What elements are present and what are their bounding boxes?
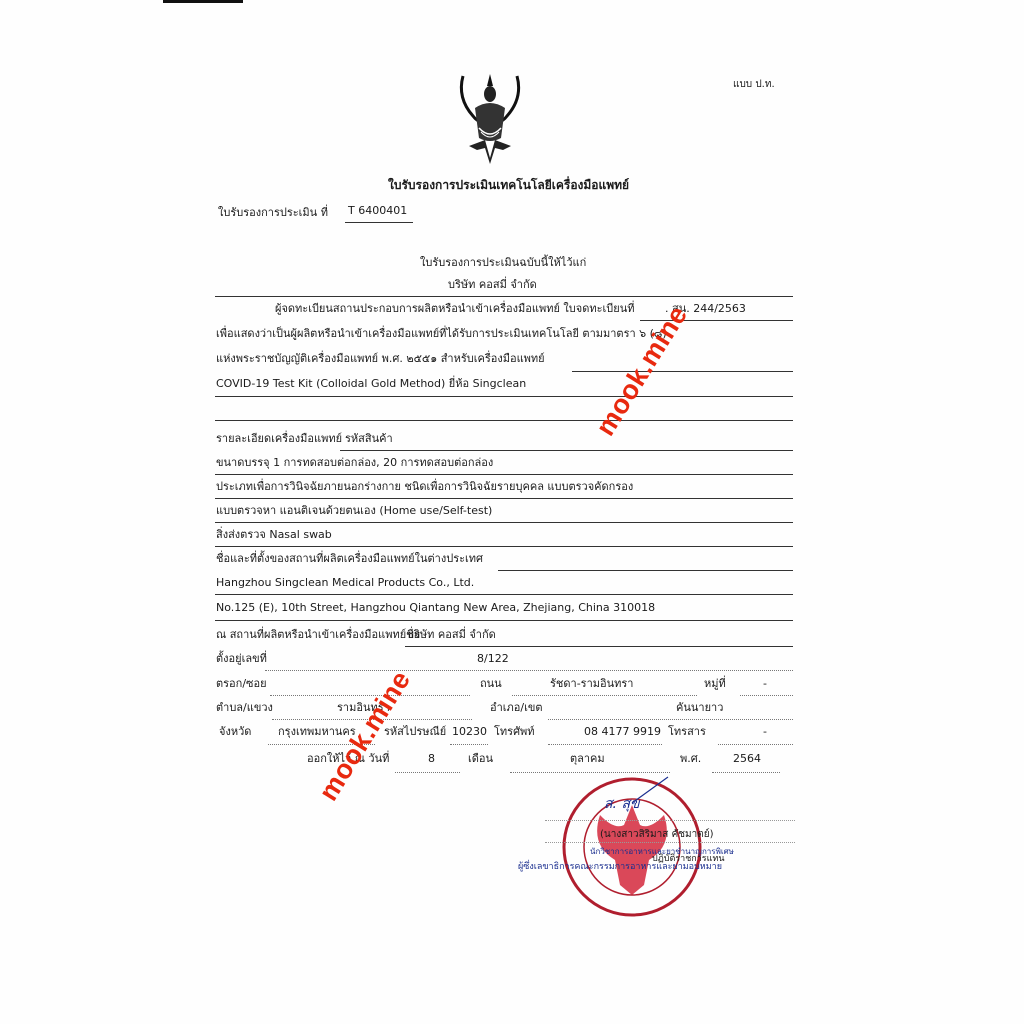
fax-label: โทรสาร [668,725,706,739]
company-name: บริษัท คอสมี่ จำกัด [448,278,537,292]
body-line-2: เพื่อแสดงว่าเป็นผู้ผลิตหรือนำเข้าเครื่อง… [216,327,667,341]
phone-value: 08 4177 9919 [584,725,661,739]
certificate-page: แบบ ป.ท. ใบรับรองการประเมินเทคโนโลยีเครื… [0,0,1024,1024]
form-code: แบบ ป.ท. [733,78,775,92]
district-label: อำเภอ/เขต [490,701,543,715]
address-no-label: ตั้งอยู่เลขที่ [216,652,267,666]
phone-label: โทรศัพท์ [494,725,535,739]
detail-row: แบบตรวจหา แอนติเจนด้วยตนเอง (Home use/Se… [216,504,492,518]
road-label: ถนน [480,677,502,691]
province-value: กรุงเทพมหานคร [278,725,356,739]
authority-note: ผู้ซึ่งเลขาธิการคณะกรรมการอาหารและยามอบห… [518,860,722,874]
signature-stroke-icon [630,775,670,805]
manufacturer-address: No.125 (E), 10th Street, Hangzhou Qianta… [216,601,655,615]
importer-name: บริษัท คอสมี่ จำกัด [407,628,496,642]
subdistrict-label: ตำบล/แขวง [216,701,273,715]
signatory-name: (นางสาวสิริมาส คัชมาตย์) [600,828,713,842]
detail-row: ประเภทเพื่อการวินิจฉัยภายนอกร่างกาย ชนิด… [216,480,633,494]
address-no: 8/122 [477,652,509,666]
importer-label: ณ สถานที่ผลิตหรือนำเข้าเครื่องมือแพทย์ชื… [216,628,420,642]
issue-month: ตุลาคม [570,752,605,766]
product-name: COVID-19 Test Kit (Colloidal Gold Method… [216,377,526,391]
issue-month-label: เดือน [468,752,493,766]
detail-row: สิ่งส่งตรวจ Nasal swab [216,528,332,542]
issue-year-label: พ.ศ. [680,752,701,766]
moo-value: - [763,677,767,691]
soi-label: ตรอก/ซอย [216,677,267,691]
scan-edge [163,0,243,3]
body-line-3: แห่งพระราชบัญญัติเครื่องมือแพทย์ พ.ศ. ๒๕… [216,352,545,366]
province-label: จังหวัด [219,725,251,739]
manufacturer-name: Hangzhou Singclean Medical Products Co.,… [216,576,474,590]
registration-label: ผู้จดทะเบียนสถานประกอบการผลิตหรือนำเข้าเ… [275,302,634,316]
detail-row: ขนาดบรรจุ 1 การทดสอบต่อกล่อง, 20 การทดสอ… [216,456,493,470]
details-label: รายละเอียดเครื่องมือแพทย์ [216,432,342,446]
certificate-number-value: T 6400401 [348,204,407,218]
moo-label: หมู่ที่ [704,677,726,691]
issued-to-label: ใบรับรองการประเมินฉบับนี้ให้ไว้แก่ [420,256,586,270]
certificate-number-label: ใบรับรองการประเมิน ที่ [218,206,328,220]
issue-day: 8 [428,752,435,766]
issue-year: 2564 [733,752,761,766]
postcode-label: รหัสไปรษณีย์ [384,725,446,739]
product-code-label: รหัสสินค้า [345,432,393,446]
garuda-emblem-icon [455,68,525,168]
postcode-value: 10230 [452,725,487,739]
document-title: ใบรับรองการประเมินเทคโนโลยีเครื่องมือแพท… [388,178,629,192]
fax-value: - [763,725,767,739]
district-value: คันนายาว [676,701,723,715]
road-value: รัชดา-รามอินทรา [550,677,633,691]
manufacturer-label: ชื่อและที่ตั้งของสถานที่ผลิตเครื่องมือแพ… [216,552,483,566]
